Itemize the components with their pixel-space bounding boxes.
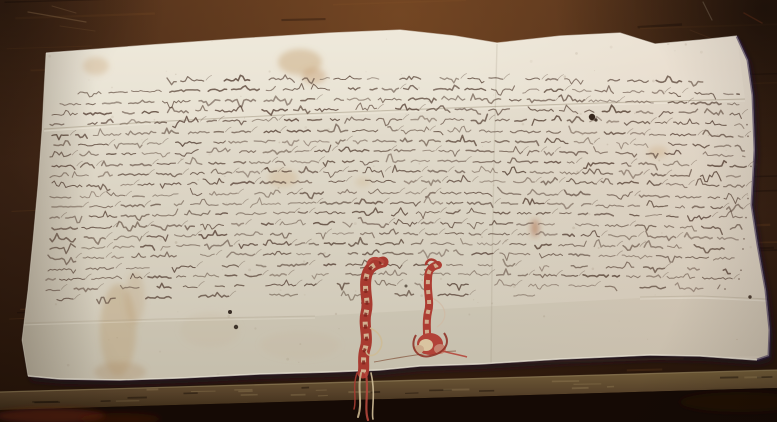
photograph (0, 0, 777, 422)
vignette (0, 0, 777, 422)
manuscript-photo (0, 0, 777, 422)
